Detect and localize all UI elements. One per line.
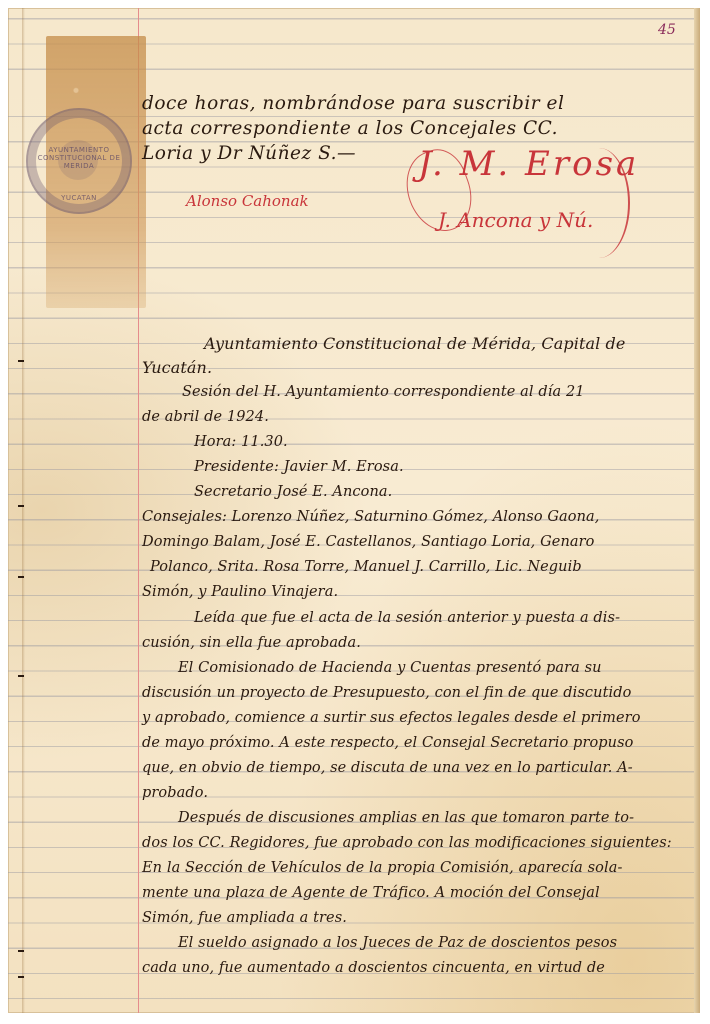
concejales-line-1: Consejales: Lorenzo Núñez, Saturnino Góm… <box>142 509 600 525</box>
paragraph-1-line-2: cusión, sin ella fue aprobada. <box>142 635 361 651</box>
margin-ink-mark <box>18 360 24 362</box>
paragraph-4-line-1: El sueldo asignado a los Jueces de Paz d… <box>178 935 617 951</box>
closing-line-3: Loria y Dr Núñez S.— <box>142 143 356 164</box>
binding-fold <box>22 8 25 1013</box>
concejales-line-3: Polanco, Srita. Rosa Torre, Manuel J. Ca… <box>150 559 582 575</box>
session-hora: Hora: 11.30. <box>194 434 288 450</box>
signature-ancona: J. Ancona y Nú. <box>438 208 593 232</box>
paragraph-3-line-2: dos los CC. Regidores, fue aprobado con … <box>142 835 672 851</box>
paragraph-2-line-2: discusión un proyecto de Presupuesto, co… <box>142 685 631 701</box>
session-date-line-1: Sesión del H. Ayuntamiento correspondien… <box>182 384 585 400</box>
signature-cahonak: Alonso Cahonak <box>186 192 309 210</box>
session-heading-line-1: Ayuntamiento Constitucional de Mérida, C… <box>204 334 625 353</box>
manuscript-page: AYUNTAMIENTO CONSTITUCIONAL DE MERIDA YU… <box>8 8 700 1013</box>
margin-ink-mark <box>18 576 24 578</box>
session-presidente: Presidente: Javier M. Erosa. <box>194 459 404 475</box>
paragraph-3-line-1: Después de discusiones amplias en las qu… <box>178 810 634 826</box>
session-secretario: Secretario José E. Ancona. <box>194 484 392 500</box>
paragraph-3-line-5: Simón, fue ampliada a tres. <box>142 910 347 926</box>
margin-ink-mark <box>18 505 24 507</box>
closing-line-2: acta correspondiente a los Concejales CC… <box>142 118 558 139</box>
page-edge <box>694 8 700 1013</box>
paragraph-3-line-4: mente una plaza de Agente de Tráfico. A … <box>142 885 600 901</box>
paragraph-3-line-3: En la Sección de Vehículos de la propia … <box>142 860 622 876</box>
paragraph-2-line-4: de mayo próximo. A este respecto, el Con… <box>142 735 634 751</box>
seal-top-text: AYUNTAMIENTO CONSTITUCIONAL DE MERIDA <box>28 146 130 170</box>
paragraph-1-line-1: Leída que fue el acta de la sesión anter… <box>194 610 620 626</box>
closing-line-1: doce horas, nombrándose para suscribir e… <box>142 93 564 114</box>
paragraph-2-line-3: y aprobado, comience a surtir sus efecto… <box>142 710 641 726</box>
folio-number: 45 <box>658 22 676 38</box>
margin-ink-mark <box>18 675 24 677</box>
session-date-line-2: de abril de 1924. <box>142 409 269 425</box>
paragraph-2-line-1: El Comisionado de Hacienda y Cuentas pre… <box>178 660 602 676</box>
session-heading-line-2: Yucatán. <box>142 358 212 377</box>
paragraph-2-line-6: probado. <box>142 785 208 801</box>
margin-ink-mark <box>18 950 24 952</box>
paragraph-2-line-5: que, en obvio de tiempo, se discuta de u… <box>142 760 633 776</box>
margin-ink-mark <box>18 976 24 978</box>
concejales-line-4: Simón, y Paulino Vinajera. <box>142 584 338 600</box>
seal-bottom-text: YUCATAN <box>28 194 130 202</box>
concejales-line-2: Domingo Balam, José E. Castellanos, Sant… <box>142 534 595 550</box>
signature-erosa: J. M. Erosa <box>418 144 639 184</box>
paragraph-4-line-2: cada uno, fue aumentado a doscientos cin… <box>142 960 605 976</box>
municipal-seal-icon: AYUNTAMIENTO CONSTITUCIONAL DE MERIDA YU… <box>26 108 132 214</box>
